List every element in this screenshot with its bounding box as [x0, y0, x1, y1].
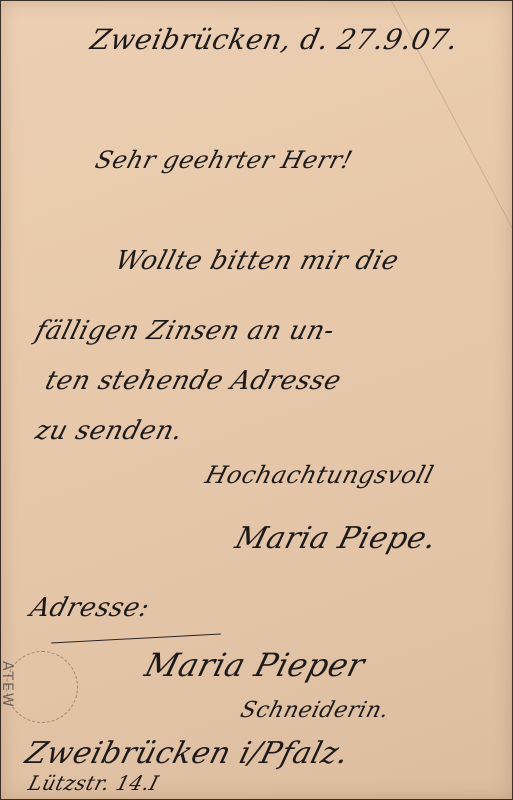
- address-label: Adresse:: [27, 593, 153, 623]
- place-date-line: Zweibrücken, d. 27.9.07.: [87, 23, 461, 56]
- signature: Maria Piepe.: [231, 521, 440, 556]
- salutation: Sehr geehrter Herr!: [92, 146, 356, 174]
- body-line-3: ten stehende Adresse: [42, 366, 345, 396]
- address-occupation: Schneiderin.: [238, 698, 392, 723]
- postmark-text: ATEW: [1, 661, 15, 709]
- body-line-1: Wollte bitten mir die: [112, 246, 402, 276]
- address-underline: [51, 634, 221, 644]
- closing: Hochachtungsvoll: [202, 461, 437, 489]
- address-city: Zweibrücken i/Pfalz.: [21, 736, 353, 771]
- body-line-4: zu senden.: [32, 416, 186, 446]
- address-name: Maria Pieper: [141, 646, 369, 684]
- postmark-stamp: [6, 651, 78, 723]
- postcard: Zweibrücken, d. 27.9.07. Sehr geehrter H…: [1, 1, 512, 799]
- body-line-2: fälligen Zinsen an un-: [32, 316, 338, 346]
- address-street: Lützstr. 14.I: [26, 771, 162, 795]
